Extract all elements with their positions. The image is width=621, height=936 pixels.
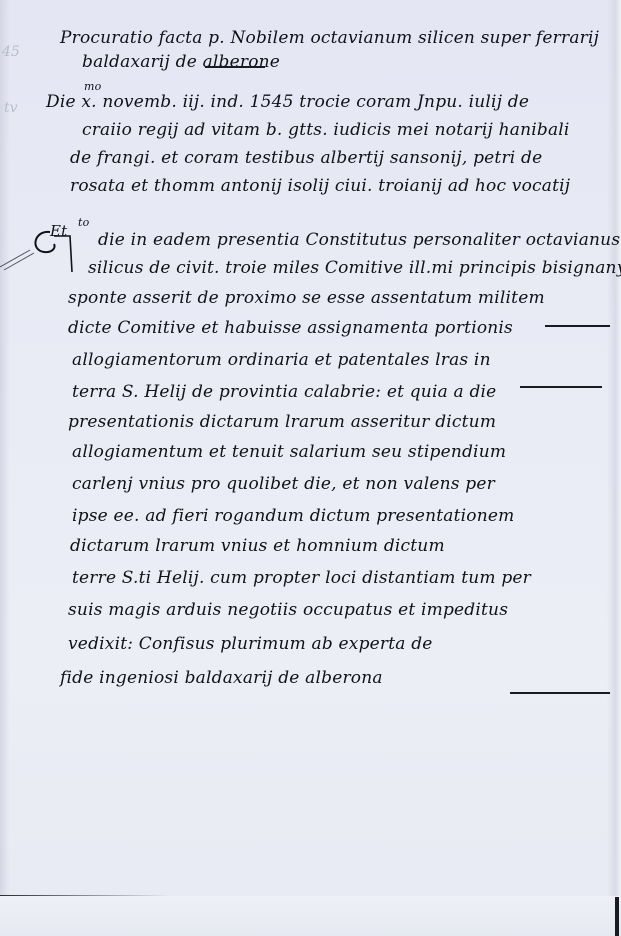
- paragraph-2-line-6: terra S. Helij de provintia calabrie: et…: [72, 382, 496, 402]
- paragraph-2-line-15: fide ingeniosi baldaxarij de alberona: [60, 668, 383, 688]
- heading-line-1: Procuratio facta p. Nobilem octavianum s…: [60, 28, 599, 48]
- marginal-mark-text: Et: [50, 222, 67, 240]
- date-superscript: mo: [84, 80, 101, 93]
- line-end-rule-2: [520, 386, 602, 388]
- left-fold-shadow: [0, 0, 10, 936]
- line-end-rule-1: [545, 325, 610, 327]
- paragraph-1-line-4: rosata et thomm antonij isolij ciui. tro…: [70, 176, 570, 196]
- paragraph-2-line-11: dictarum lrarum vnius et homnium dictum: [70, 536, 445, 556]
- heading-underline-flourish: [205, 66, 265, 68]
- paragraph-1-line-1: Die x. novemb. iij. ind. 1545 trocie cor…: [46, 92, 529, 112]
- paragraph-1-line-3: de frangi. et coram testibus albertij sa…: [70, 148, 542, 168]
- closing-rule: [510, 692, 610, 694]
- margin-note-number: 45: [2, 44, 20, 60]
- right-page-edge: [607, 0, 621, 936]
- paragraph-2-line-5: allogiamentorum ordinaria et patentales …: [72, 350, 491, 370]
- paragraph-2-line-4: dicte Comitive et habuisse assignamenta …: [68, 318, 513, 338]
- paragraph-2-line-13: suis magis arduis negotiis occupatus et …: [68, 600, 508, 620]
- paragraph-2-line-12: terre S.ti Helij. cum propter loci dista…: [72, 568, 531, 588]
- margin-note-mark: tv: [4, 100, 18, 116]
- heading-line-2: baldaxarij de alberone: [82, 52, 280, 72]
- paragraph-2-line-9: carlenj vnius pro quolibet die, et non v…: [72, 474, 495, 494]
- marginal-et-flourish-icon: [0, 222, 80, 282]
- paragraph-2-line-1: die in eadem presentia Constitutus perso…: [98, 230, 620, 250]
- paragraph-1-line-2: craiio regij ad vitam b. gtts. iudicis m…: [82, 120, 570, 140]
- underlying-sheet: [0, 896, 621, 936]
- date-text: Die x. novemb. iij. ind. 1545 trocie cor…: [46, 92, 529, 112]
- paragraph-2-line-8: allogiamentum et tenuit salarium seu sti…: [72, 442, 506, 462]
- paragraph-2-line-14: vedixit: Confisus plurimum ab experta de: [68, 634, 433, 654]
- paragraph-2-line-7: presentationis dictarum lrarum asseritur…: [68, 412, 496, 432]
- marginal-superscript: to: [78, 216, 89, 229]
- scan-edge-shadow: [615, 897, 619, 936]
- paragraph-2-line-2: silicus de civit. troie miles Comitive i…: [88, 258, 621, 278]
- manuscript-page: 45 tv Procuratio facta p. Nobilem octavi…: [0, 0, 621, 936]
- paragraph-2-line-10: ipse ee. ad fieri rogandum dictum presen…: [72, 506, 514, 526]
- paragraph-2-line-3: sponte asserit de proximo se esse assent…: [68, 288, 545, 308]
